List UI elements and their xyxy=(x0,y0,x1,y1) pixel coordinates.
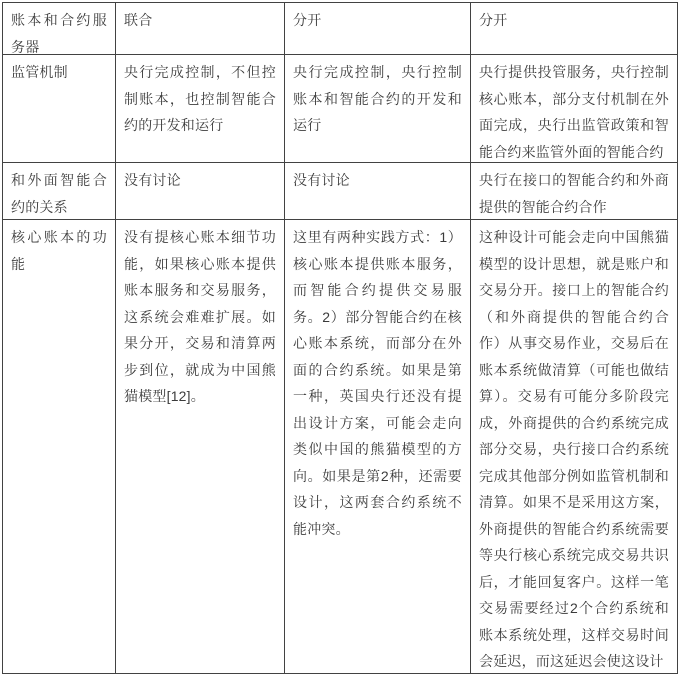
row-header-regulatory-mechanism: 监管机制 xyxy=(3,55,116,163)
table-cell: 没有讨论 xyxy=(116,163,285,220)
table-cell: 没有讨论 xyxy=(285,163,471,220)
row-header-external-contract-relation: 和外面智能合约的关系 xyxy=(3,163,116,220)
table-cell: 这里有两种实践方式：1）核心账本提供账本服务，而智能合约提供交易服务。2）部分智… xyxy=(285,220,471,673)
table-cell: 央行完成控制，央行控制账本和智能合约的开发和运行 xyxy=(285,55,471,163)
table-cell: 央行在接口的智能合约和外商提供的智能合约合作 xyxy=(471,163,677,220)
table-cell: 分开 xyxy=(471,3,677,55)
comparison-table: 账本和合约服务器 联合 分开 分开 监管机制 央行完成控制，不但控制账本，也控制… xyxy=(2,2,678,674)
table-cell: 联合 xyxy=(116,3,285,55)
table-cell: 央行完成控制，不但控制账本，也控制智能合约的开发和运行 xyxy=(116,55,285,163)
row-header-ledger-contract-server: 账本和合约服务器 xyxy=(3,3,116,55)
table-cell: 这种设计可能会走向中国熊猫模型的设计思想，就是账户和交易分开。接口上的智能合约（… xyxy=(471,220,677,673)
table-cell: 分开 xyxy=(285,3,471,55)
table-cell: 央行提供投管服务，央行控制核心账本，部分支付机制在外面完成，央行出监管政策和智能… xyxy=(471,55,677,163)
row-header-core-ledger-function: 核心账本的功能 xyxy=(3,220,116,673)
table-cell: 没有提核心账本细节功能，如果核心账本提供账本服务和交易服务，这系统会难难扩展。如… xyxy=(116,220,285,673)
